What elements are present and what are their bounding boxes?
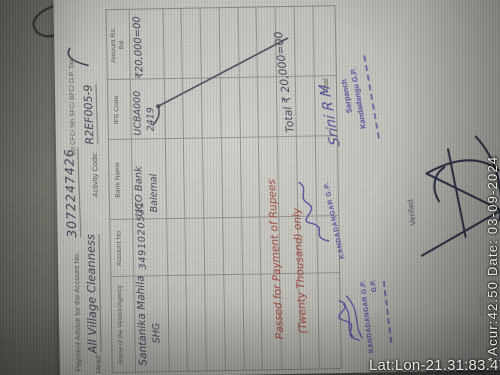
scheme-list: 1st CFC/ 5th SFC/ BFC/ O.P. Tax [68,59,77,156]
account-number: 3072247426 [61,148,81,238]
head-label: Head [94,355,103,373]
officer-stamp-line2: G.P. [370,279,378,292]
header-title: Payment Advice for the Account No. [72,252,83,372]
stamp-underline [382,281,393,343]
head-value: All Village Cleanness [83,234,101,354]
pen-hook-mark [58,41,93,72]
gps-bottom-text: Lat:Lon-21.31:83.47 ** [369,357,500,374]
activity-code-value: R2EF005-9 [81,84,98,144]
gps-side-text: *Acur:42.50 Date: 03-09-2024 [485,156,500,362]
photo: Payment Advice for the Account No. 30722… [0,0,500,375]
activity-code-label: Activity Code: [90,151,100,197]
paper-document: Payment Advice for the Account No. 30722… [53,0,500,375]
